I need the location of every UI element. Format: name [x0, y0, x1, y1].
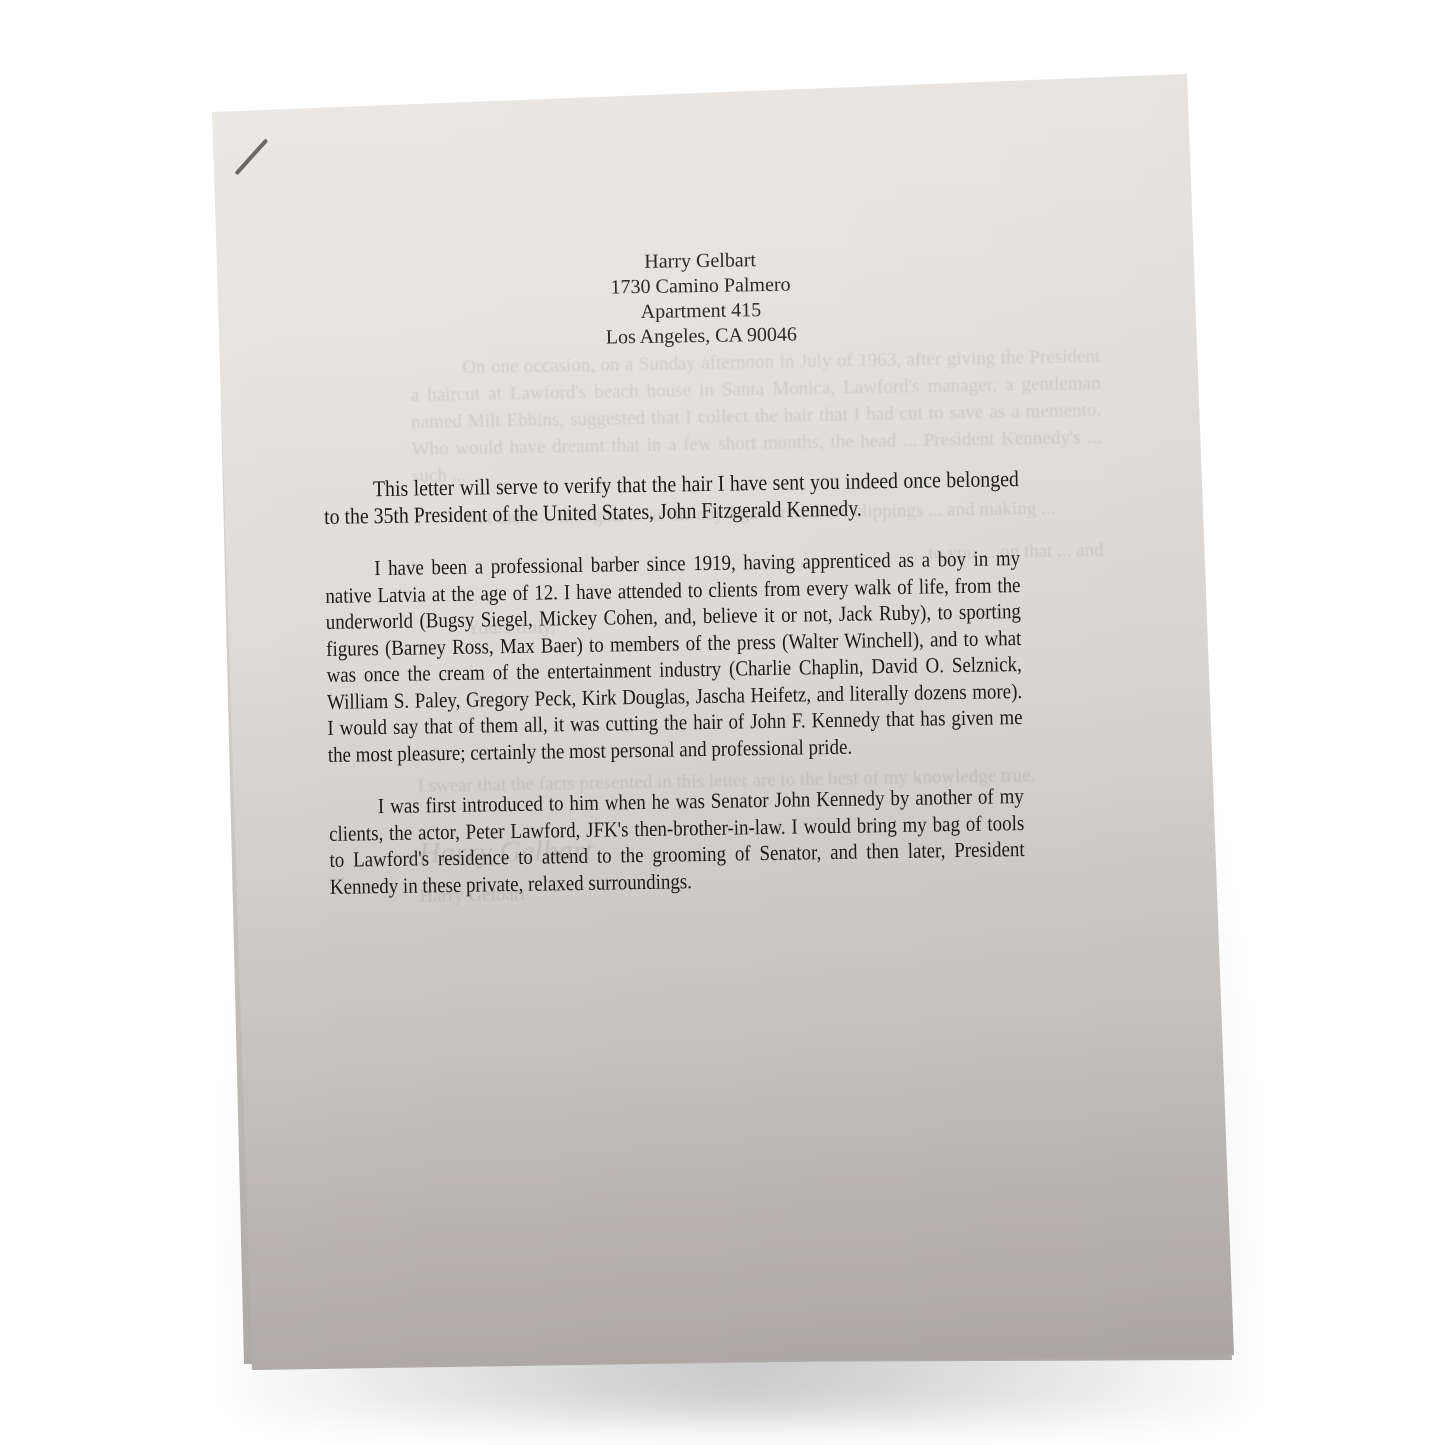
- letter-body: This letter will serve to verify that th…: [323, 466, 1025, 900]
- sender-address-block: Harry Gelbart 1730 Camino Palmero Apartm…: [360, 244, 1041, 355]
- paragraph-background: I have been a professional barber since …: [325, 545, 1023, 768]
- letter-content: Harry Gelbart 1730 Camino Palmero Apartm…: [320, 244, 1050, 926]
- paragraph-verification: This letter will serve to verify that th…: [323, 466, 1019, 530]
- paragraph-introduction: I was first introduced to him when he wa…: [328, 783, 1025, 900]
